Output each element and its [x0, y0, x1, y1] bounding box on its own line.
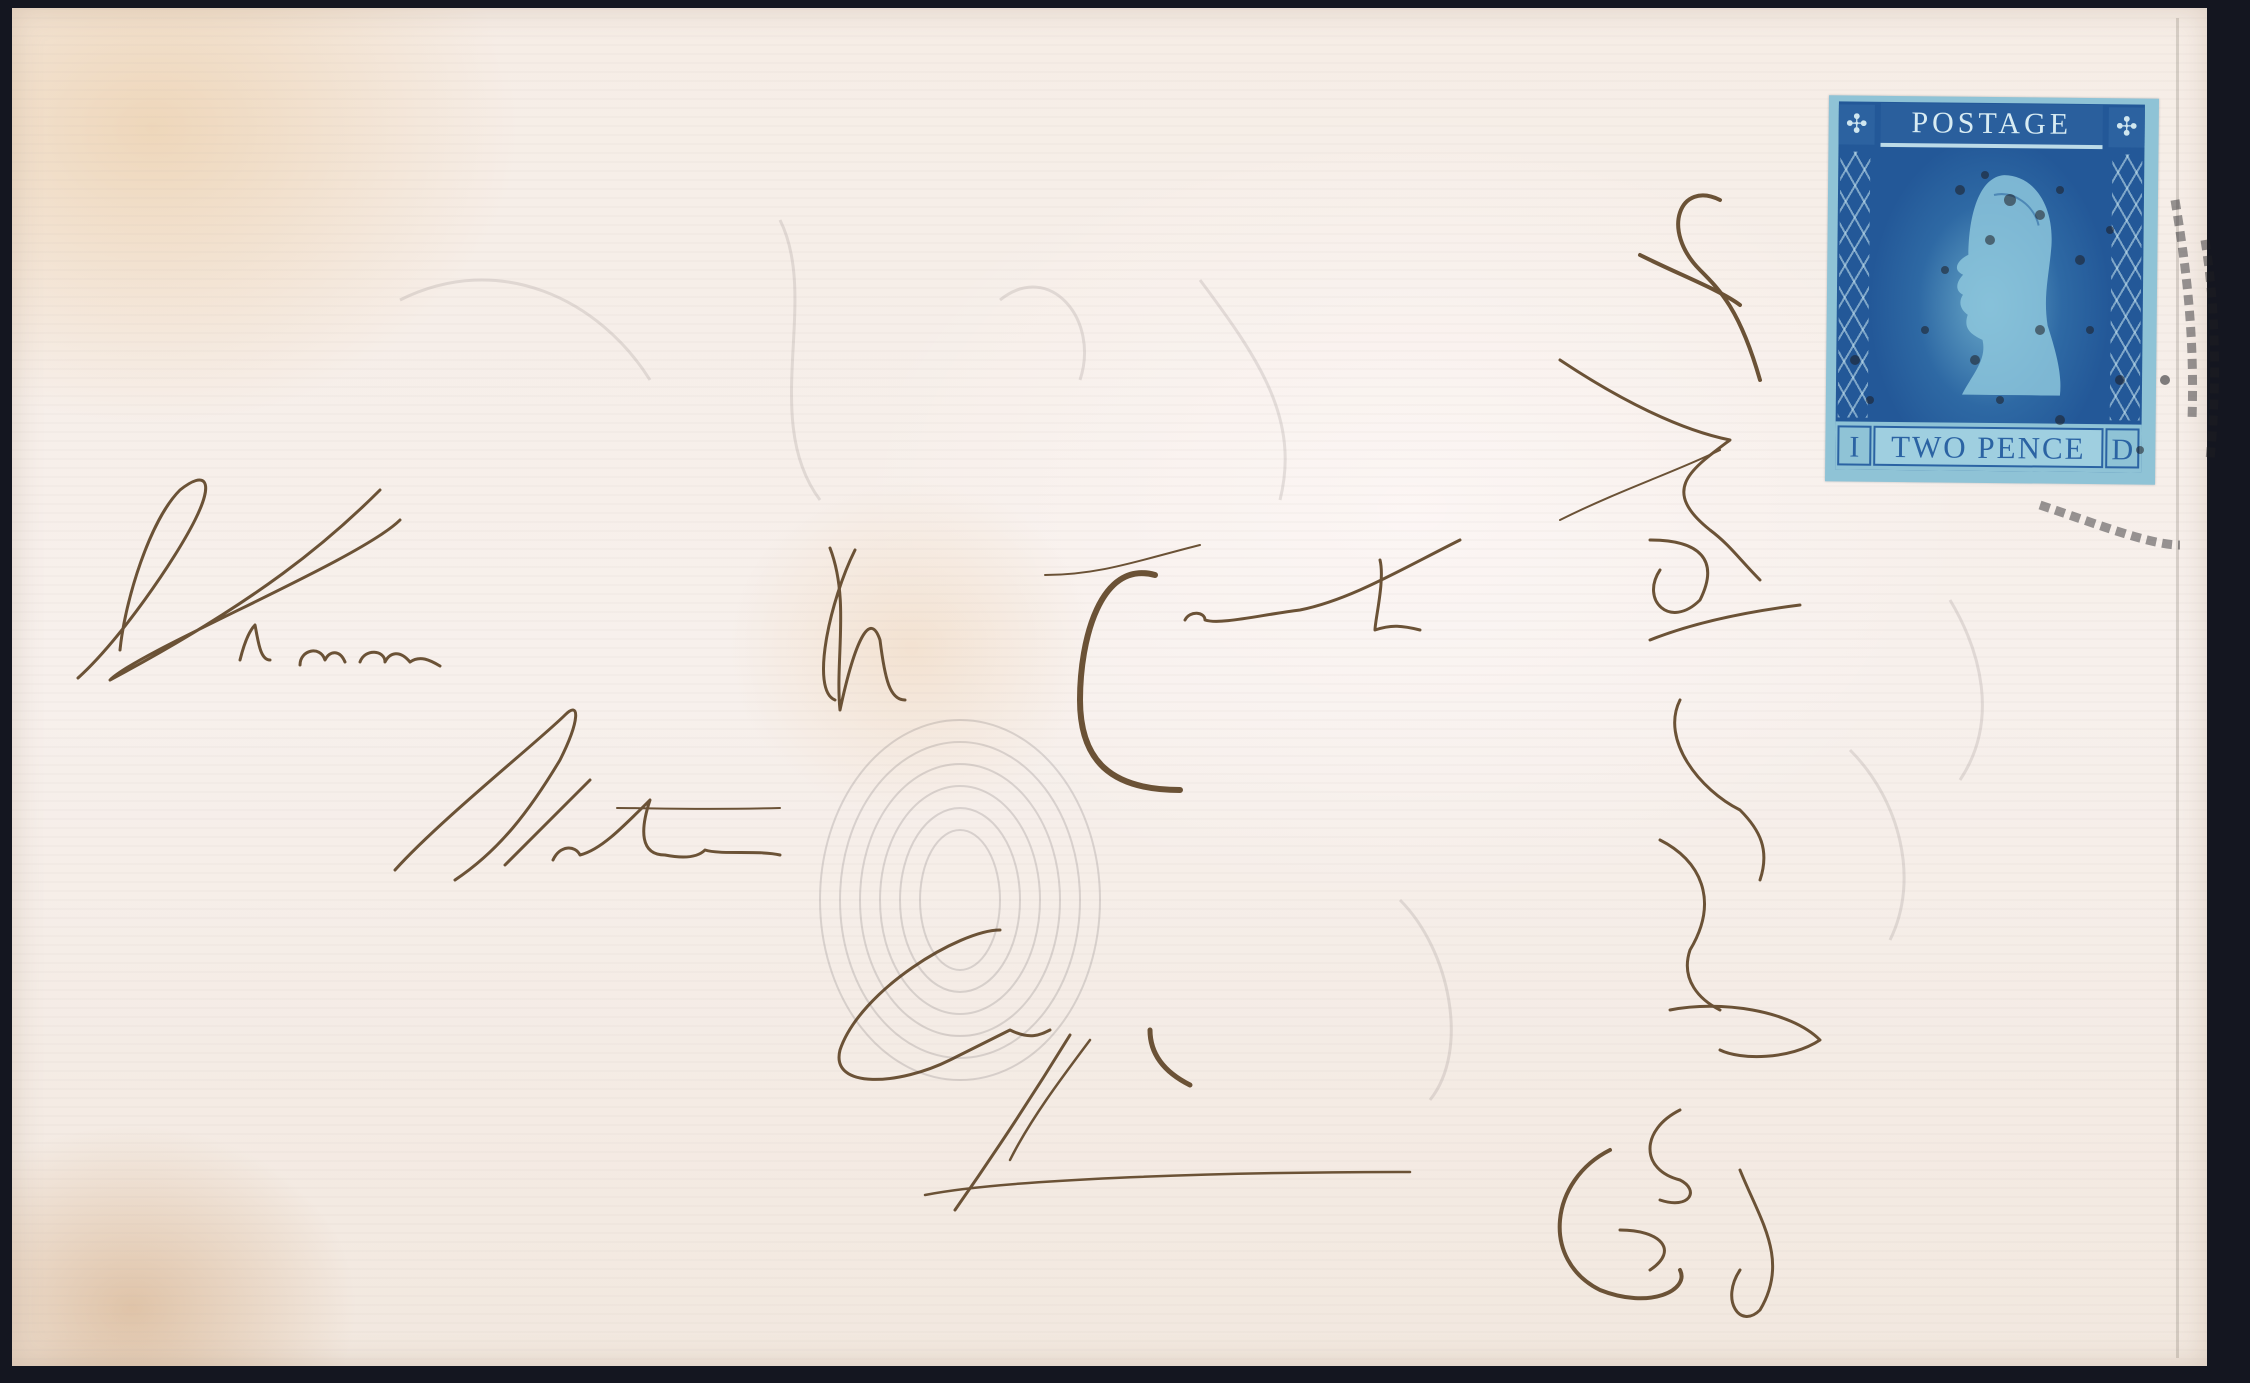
stamp-lattice-left [1838, 151, 1871, 417]
stamp-lattice-right [2110, 154, 2143, 420]
stamp-postage-label: POSTAGE [1880, 103, 2102, 149]
stamp-corner-letter-right: D [2105, 428, 2139, 468]
stamp-value-label: TWO PENCE [1873, 426, 2103, 468]
maltese-cross-icon: ✣ [2109, 107, 2145, 147]
stamp-top-band: ✣ POSTAGE ✣ [1838, 101, 2144, 150]
queen-portrait-icon [1932, 164, 2064, 395]
stamp-design: ✣ POSTAGE ✣ I TWO PENCE D [1835, 101, 2145, 472]
cover-photo: ✣ POSTAGE ✣ I TWO PENCE D [0, 0, 2250, 1383]
fold-edge [2176, 18, 2179, 1358]
stamp-value-band: I TWO PENCE D [1835, 421, 2141, 472]
stamp-corner-letter-left: I [1837, 425, 1871, 465]
maltese-cross-icon: ✣ [1839, 104, 1875, 144]
two-penny-blue-stamp: ✣ POSTAGE ✣ I TWO PENCE D [1825, 95, 2159, 484]
